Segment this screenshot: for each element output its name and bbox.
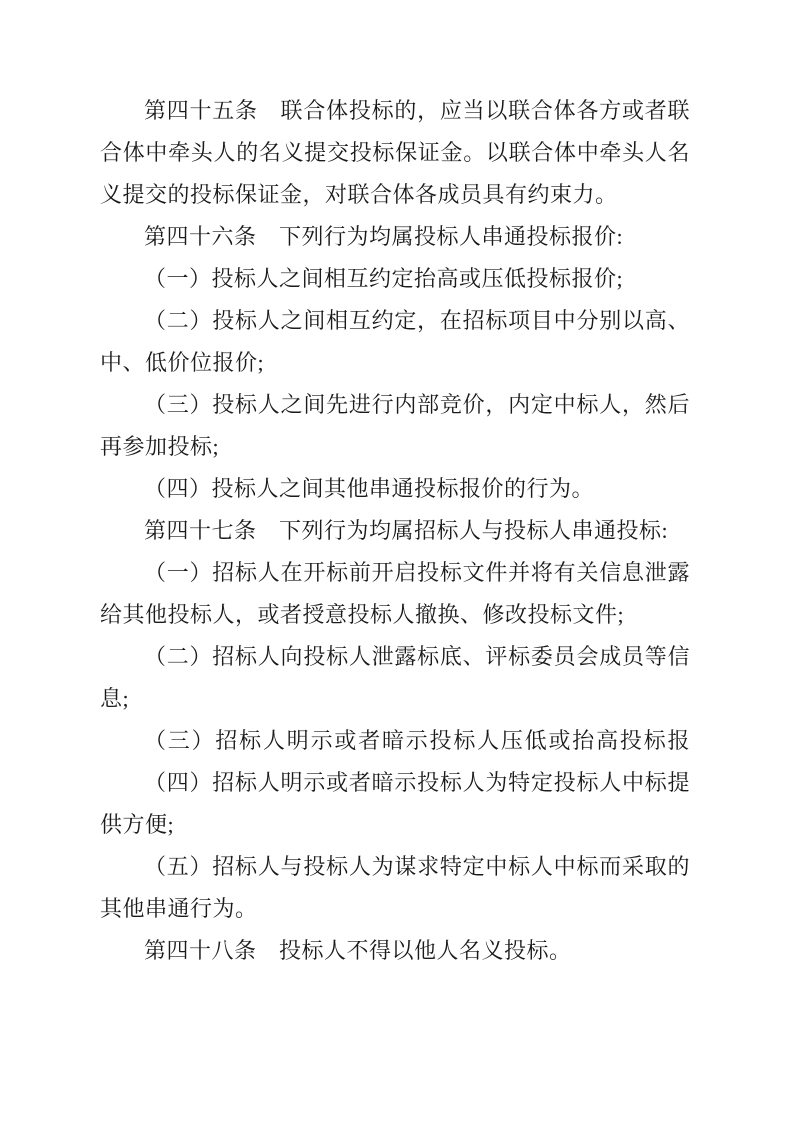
article-45: 第四十五条 联合体投标的，应当以联合体各方或者联合体中牵头人的名义提交投标保证金…: [100, 90, 690, 216]
article-47-item-3: （三）招标人明示或者暗示投标人压低或抬高投标报价;: [100, 720, 690, 762]
article-46-item-4: （四）投标人之间其他串通投标报价的行为。: [100, 468, 690, 510]
article-48: 第四十八条 投标人不得以他人名义投标。: [100, 930, 690, 972]
text-line: （二）投标人之间相互约定，在招标项目中分别以高、: [100, 300, 690, 342]
page-background: { "page": { "background": "#ffffff", "te…: [0, 0, 793, 1122]
text-line: 第四十七条 下列行为均属招标人与投标人串通投标:: [100, 510, 690, 552]
article-47-intro: 第四十七条 下列行为均属招标人与投标人串通投标:: [100, 510, 690, 552]
text-line: （一）投标人之间相互约定抬高或压低投标报价;: [100, 258, 690, 300]
text-line: 再参加投标;: [100, 426, 690, 468]
text-line: 其他串通行为。: [100, 888, 690, 930]
text-line: （三）招标人明示或者暗示投标人压低或抬高投标报价;: [100, 720, 690, 762]
article-47-item-1: （一）招标人在开标前开启投标文件并将有关信息泄露给其他投标人，或者授意投标人撤换…: [100, 552, 690, 636]
article-47-item-2: （二）招标人向投标人泄露标底、评标委员会成员等信息;: [100, 636, 690, 720]
text-line: 第四十八条 投标人不得以他人名义投标。: [100, 930, 690, 972]
text-line: （一）招标人在开标前开启投标文件并将有关信息泄露: [100, 552, 690, 594]
text-line: 义提交的投标保证金，对联合体各成员具有约束力。: [100, 174, 690, 216]
article-46-item-1: （一）投标人之间相互约定抬高或压低投标报价;: [100, 258, 690, 300]
document-body: 第四十五条 联合体投标的，应当以联合体各方或者联合体中牵头人的名义提交投标保证金…: [0, 0, 793, 972]
article-46-intro: 第四十六条 下列行为均属投标人串通投标报价:: [100, 216, 690, 258]
article-47-item-4: （四）招标人明示或者暗示投标人为特定投标人中标提供方便;: [100, 762, 690, 846]
article-47-item-5: （五）招标人与投标人为谋求特定中标人中标而采取的其他串通行为。: [100, 846, 690, 930]
text-line: 中、低价位报价;: [100, 342, 690, 384]
text-line: （二）招标人向投标人泄露标底、评标委员会成员等信: [100, 636, 690, 678]
document-page: 第四十五条 联合体投标的，应当以联合体各方或者联合体中牵头人的名义提交投标保证金…: [0, 0, 793, 1122]
article-46-item-3: （三）投标人之间先进行内部竞价，内定中标人，然后再参加投标;: [100, 384, 690, 468]
text-line: （五）招标人与投标人为谋求特定中标人中标而采取的: [100, 846, 690, 888]
text-line: 供方便;: [100, 804, 690, 846]
text-line: （四）招标人明示或者暗示投标人为特定投标人中标提: [100, 762, 690, 804]
text-line: 合体中牵头人的名义提交投标保证金。以联合体中牵头人名: [100, 132, 690, 174]
text-line: 第四十六条 下列行为均属投标人串通投标报价:: [100, 216, 690, 258]
text-line: （四）投标人之间其他串通投标报价的行为。: [100, 468, 690, 510]
text-line: 给其他投标人，或者授意投标人撤换、修改投标文件;: [100, 594, 690, 636]
text-line: 息;: [100, 678, 690, 720]
text-line: （三）投标人之间先进行内部竞价，内定中标人，然后: [100, 384, 690, 426]
text-line: 第四十五条 联合体投标的，应当以联合体各方或者联: [100, 90, 690, 132]
article-46-item-2: （二）投标人之间相互约定，在招标项目中分别以高、中、低价位报价;: [100, 300, 690, 384]
